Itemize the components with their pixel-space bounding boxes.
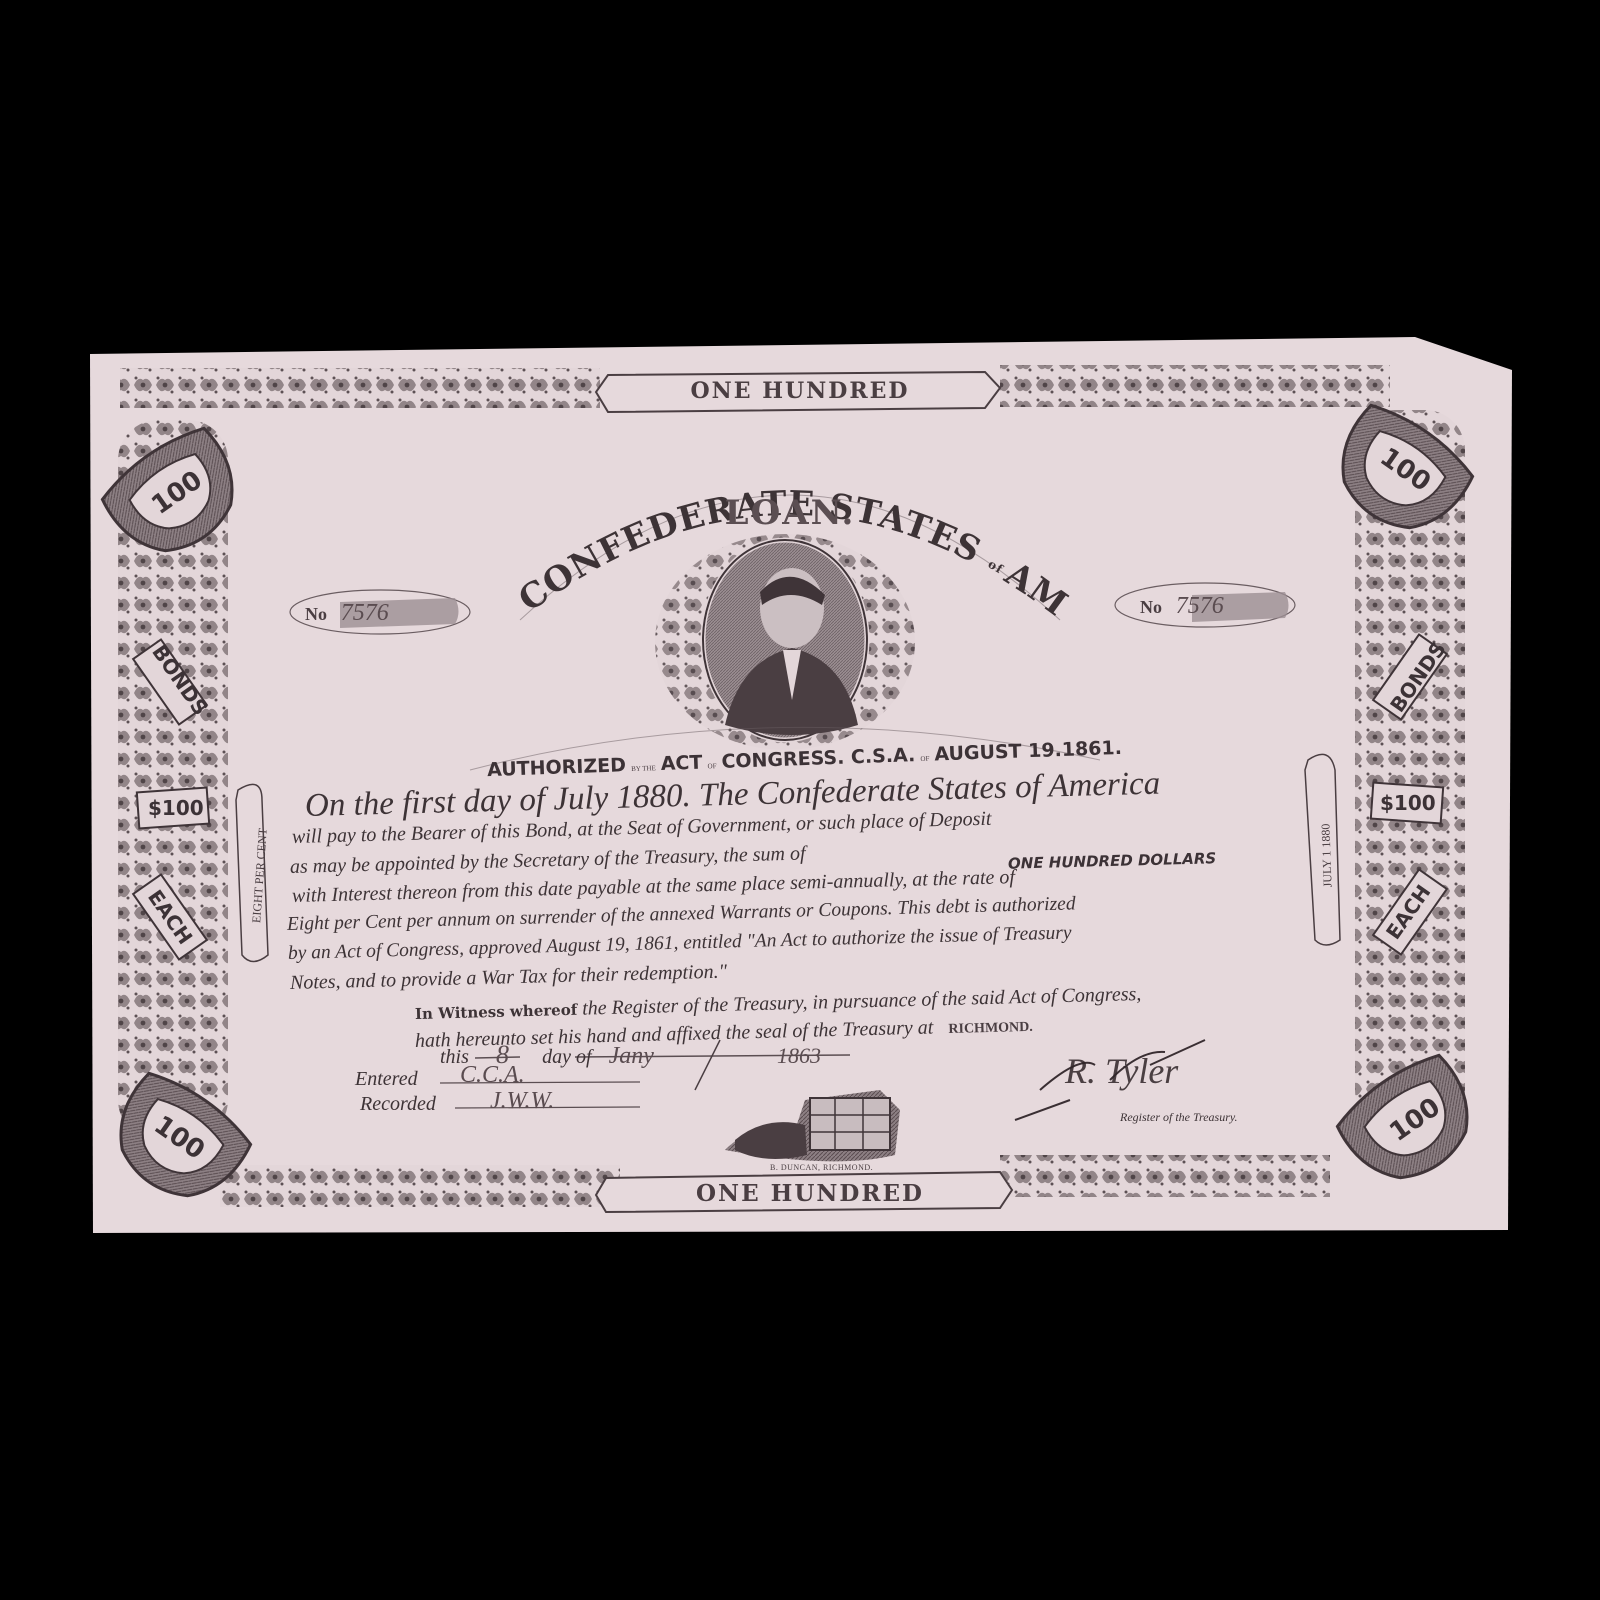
serial-value: 7576 xyxy=(341,600,389,626)
signature-title: Register of the Treasury. xyxy=(1120,1110,1238,1125)
city: RICHMOND. xyxy=(948,1020,1033,1037)
loan-title: LOAN. xyxy=(690,493,890,533)
serial-prefix: No xyxy=(305,604,327,624)
left-pillar-value: $100 xyxy=(148,796,204,820)
right-pillar-value: $100 xyxy=(1380,791,1436,815)
serial-number-left: No 7576 xyxy=(305,600,389,627)
issue-month: Jany xyxy=(609,1043,654,1069)
issue-year: 1863 xyxy=(777,1043,821,1068)
serial-value: 7576 xyxy=(1176,593,1224,619)
top-denomination-banner: ONE HUNDRED xyxy=(620,378,980,404)
entered-initials: C.C.A. xyxy=(460,1062,525,1089)
entered-label: Entered xyxy=(355,1068,418,1091)
engraver-imprint: B. DUNCAN, RICHMOND. xyxy=(770,1163,873,1172)
serial-number-right: No 7576 xyxy=(1140,593,1224,620)
bond-certificate: ONE HUNDRED ONE HUNDRED CONFEDERATE STAT… xyxy=(0,0,1600,1600)
recorded-initials: J.W.W. xyxy=(490,1088,554,1115)
recorded-label: Recorded xyxy=(360,1093,436,1116)
witness-lead: In Witness whereof xyxy=(415,1001,578,1023)
bottom-denomination-banner: ONE HUNDRED xyxy=(620,1180,1000,1207)
serial-prefix: No xyxy=(1140,597,1162,617)
register-signature: R. Tyler xyxy=(1065,1050,1178,1092)
